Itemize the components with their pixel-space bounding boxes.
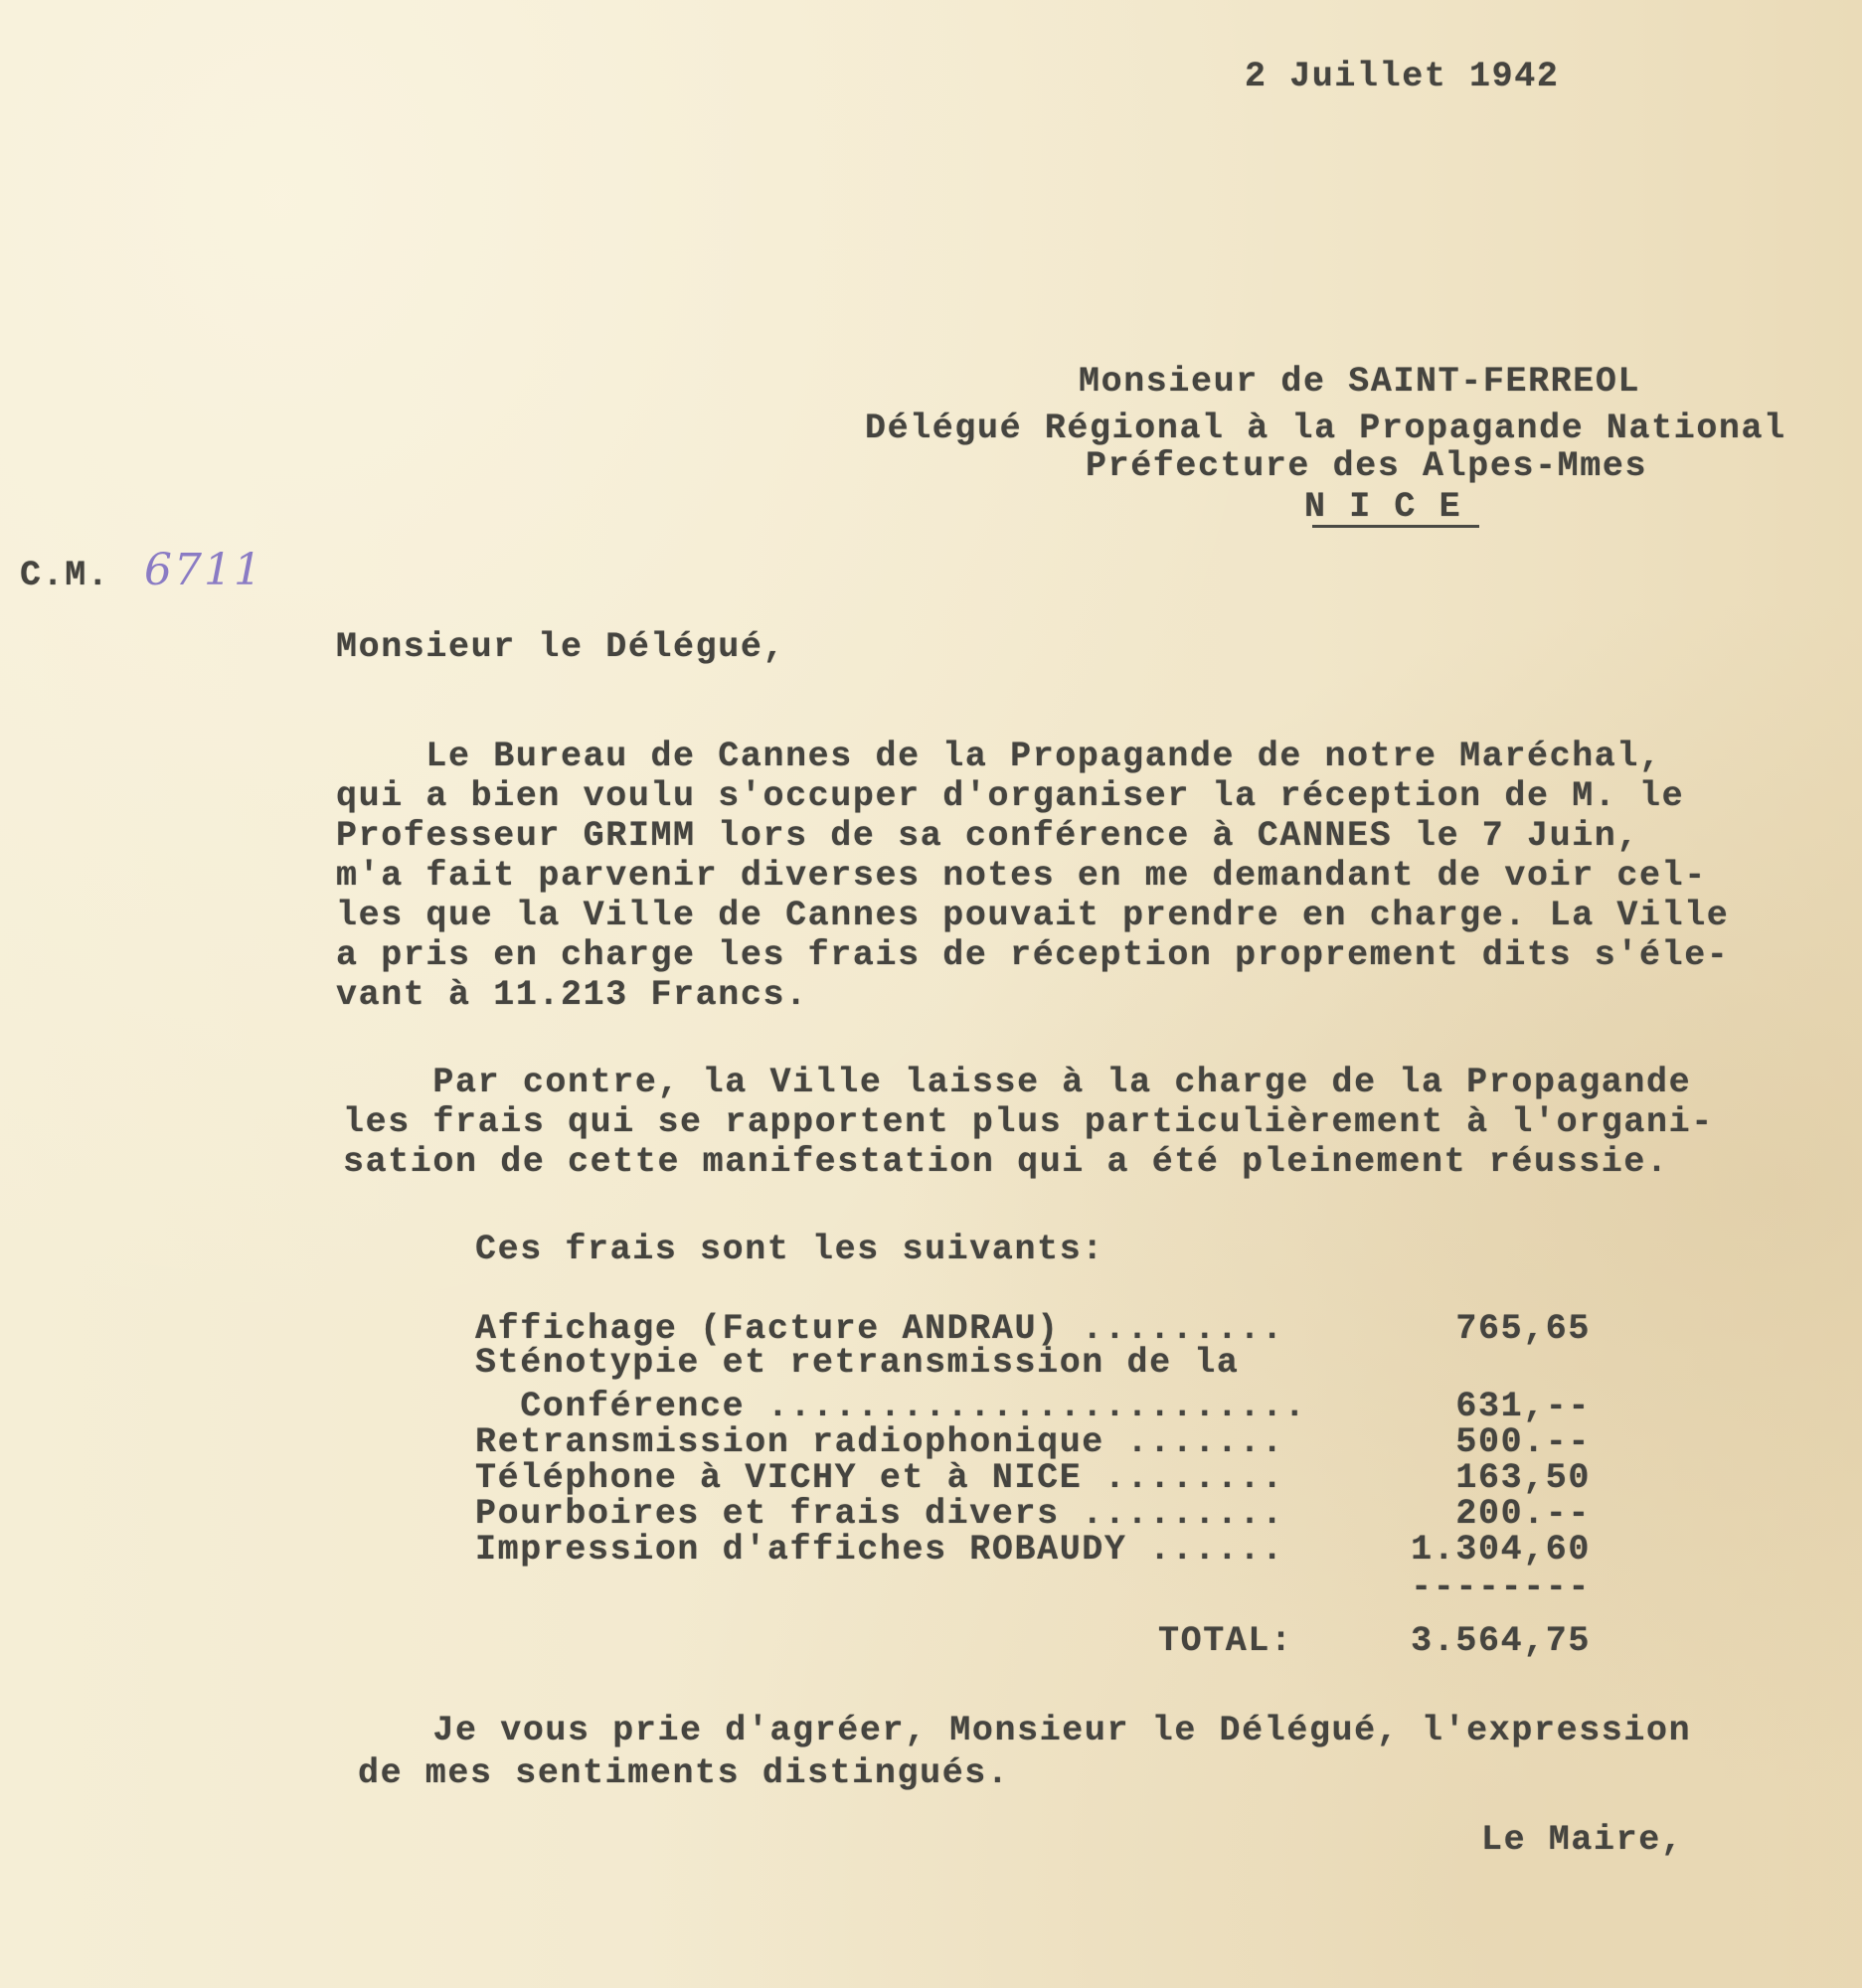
recipient-office: Préfecture des Alpes-Mmes	[1086, 447, 1647, 485]
expense-amount: 500.--	[1455, 1423, 1591, 1461]
total-label: TOTAL:	[1158, 1622, 1293, 1660]
paragraph-line: Professeur GRIMM lors de sa conférence à…	[336, 817, 1639, 855]
expense-label: Sténotypie et retransmission de la	[475, 1344, 1240, 1382]
expense-label: Conférence ........................	[475, 1388, 1306, 1425]
signature: Le Maire,	[1481, 1821, 1683, 1859]
reference-label: C.M.	[20, 557, 109, 594]
recipient-city: N I C E	[1304, 488, 1461, 526]
city-underline	[1312, 525, 1479, 528]
expense-amount: 163,50	[1455, 1459, 1591, 1497]
expense-label: Pourboires et frais divers .........	[475, 1495, 1284, 1533]
paragraph-line: Par contre, la Ville laisse à la charge …	[343, 1064, 1691, 1101]
paragraph-line: les frais qui se rapportent plus particu…	[343, 1103, 1714, 1141]
expense-row: Conférence ........................ 631,…	[0, 1388, 1862, 1425]
expense-row: Sténotypie et retransmission de la	[0, 1344, 1862, 1382]
paragraph-line: les que la Ville de Cannes pouvait prend…	[336, 897, 1729, 934]
salutation: Monsieur le Délégué,	[336, 628, 785, 666]
paragraph-line: Le Bureau de Cannes de la Propagande de …	[336, 738, 1662, 775]
total-row: TOTAL: 3.564,75	[0, 1622, 1862, 1660]
recipient-title: Délégué Régional à la Propagande Nationa…	[865, 410, 1786, 447]
expense-row: Impression d'affiches ROBAUDY ...... 1.3…	[0, 1531, 1862, 1569]
closing-line: de mes sentiments distingués.	[358, 1754, 1010, 1792]
paragraph-line: a pris en charge les frais de réception …	[336, 936, 1729, 974]
paragraph-line: sation de cette manifestation qui a été …	[343, 1143, 1669, 1181]
paragraph-line: vant à 11.213 Francs.	[336, 976, 808, 1014]
expense-row: Pourboires et frais divers ......... 200…	[0, 1495, 1862, 1533]
recipient-name: Monsieur de SAINT-FERREOL	[1079, 363, 1640, 401]
expense-label: Retransmission radiophonique .......	[475, 1423, 1284, 1461]
expense-label: Téléphone à VICHY et à NICE ........	[475, 1459, 1284, 1497]
total-separator-row: --------	[0, 1569, 1862, 1606]
expense-amount: 200.--	[1455, 1495, 1591, 1533]
total-amount: 3.564,75	[1411, 1622, 1591, 1660]
expense-row: Retransmission radiophonique ....... 500…	[0, 1423, 1862, 1461]
letter-date: 2 Juillet 1942	[1245, 58, 1559, 95]
expense-label: Impression d'affiches ROBAUDY ......	[475, 1531, 1284, 1569]
closing-line: Je vous prie d'agréer, Monsieur le Délég…	[343, 1712, 1691, 1749]
total-separator: --------	[1411, 1569, 1591, 1606]
paragraph-line: m'a fait parvenir diverses notes en me d…	[336, 857, 1707, 895]
paragraph-line: qui a bien voulu s'occuper d'organiser l…	[336, 777, 1684, 815]
expense-amount: 631,--	[1455, 1388, 1591, 1425]
expense-amount: 765,65	[1455, 1310, 1591, 1348]
expense-amount: 1.304,60	[1411, 1531, 1591, 1569]
expenses-intro: Ces frais sont les suivants:	[475, 1231, 1104, 1268]
handwritten-reference-number: 6711	[144, 545, 263, 595]
expense-row: Téléphone à VICHY et à NICE ........ 163…	[0, 1459, 1862, 1497]
